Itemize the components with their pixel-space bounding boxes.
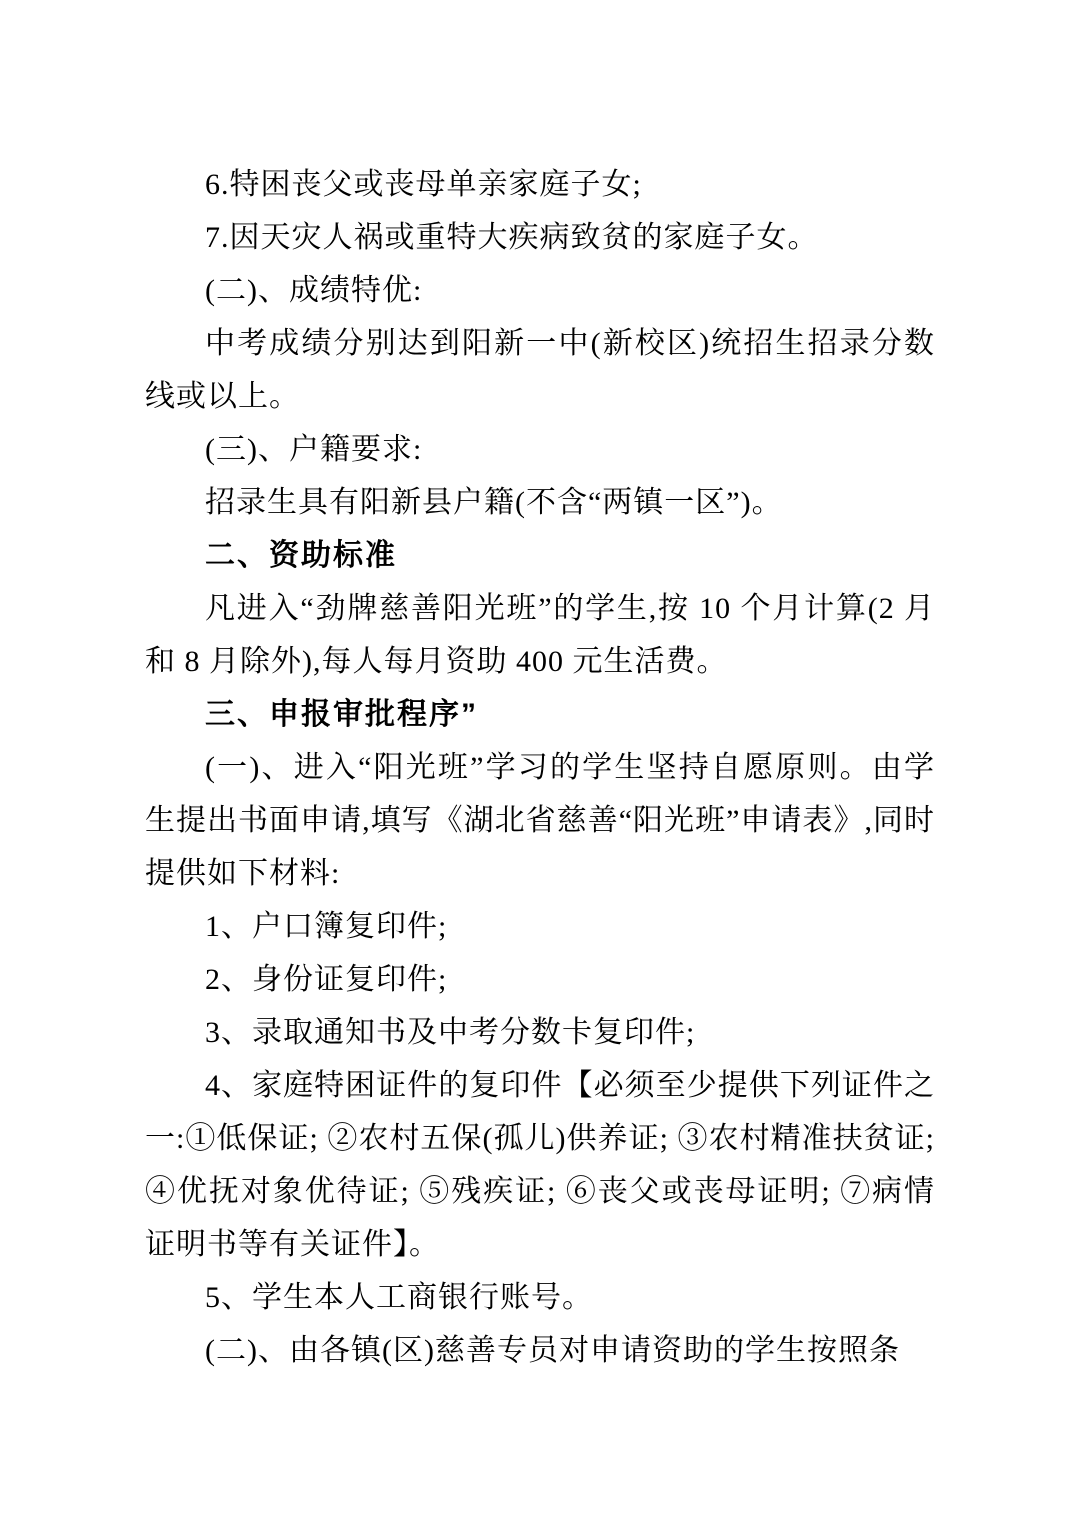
- list-item-material-admission-copy: 3、录取通知书及中考分数卡复印件;: [145, 1006, 935, 1059]
- paragraph-funding-detail: 凡进入“劲牌慈善阳光班”的学生,按 10 个月计算(2 月和 8 月除外),每人…: [145, 582, 935, 688]
- section-heading-funding-standard: 二、资助标准: [145, 529, 935, 582]
- document-page: 6.特困丧父或丧母单亲家庭子女; 7.因天灾人祸或重特大疾病致贫的家庭子女。 (…: [0, 0, 1080, 1527]
- subsection-heading-grades: (二)、成绩特优:: [145, 264, 935, 317]
- document-body: 6.特困丧父或丧母单亲家庭子女; 7.因天灾人祸或重特大疾病致贫的家庭子女。 (…: [145, 158, 935, 1377]
- list-item-material-id-copy: 2、身份证复印件;: [145, 953, 935, 1006]
- subsection-heading-household: (三)、户籍要求:: [145, 423, 935, 476]
- paragraph-household-requirement: 招录生具有阳新县户籍(不含“两镇一区”)。: [145, 476, 935, 529]
- list-item-material-poverty-certificates: 4、家庭特困证件的复印件【必须至少提供下列证件之一:①低保证; ②农村五保(孤儿…: [145, 1059, 935, 1271]
- paragraph-grade-requirement: 中考成绩分别达到阳新一中(新校区)统招生招录分数线或以上。: [145, 317, 935, 423]
- list-item-material-bank-account: 5、学生本人工商银行账号。: [145, 1271, 935, 1324]
- list-item-family-disaster-illness: 7.因天灾人祸或重特大疾病致贫的家庭子女。: [145, 211, 935, 264]
- list-item-material-hukou-copy: 1、户口簿复印件;: [145, 900, 935, 953]
- list-item-family-single-parent: 6.特困丧父或丧母单亲家庭子女;: [145, 158, 935, 211]
- section-heading-application-procedure: 三、申报审批程序”: [145, 688, 935, 741]
- paragraph-review-by-town-officers: (二)、由各镇(区)慈善专员对申请资助的学生按照条: [145, 1324, 935, 1377]
- paragraph-application-voluntary: (一)、进入“阳光班”学习的学生坚持自愿原则。由学生提出书面申请,填写《湖北省慈…: [145, 741, 935, 900]
